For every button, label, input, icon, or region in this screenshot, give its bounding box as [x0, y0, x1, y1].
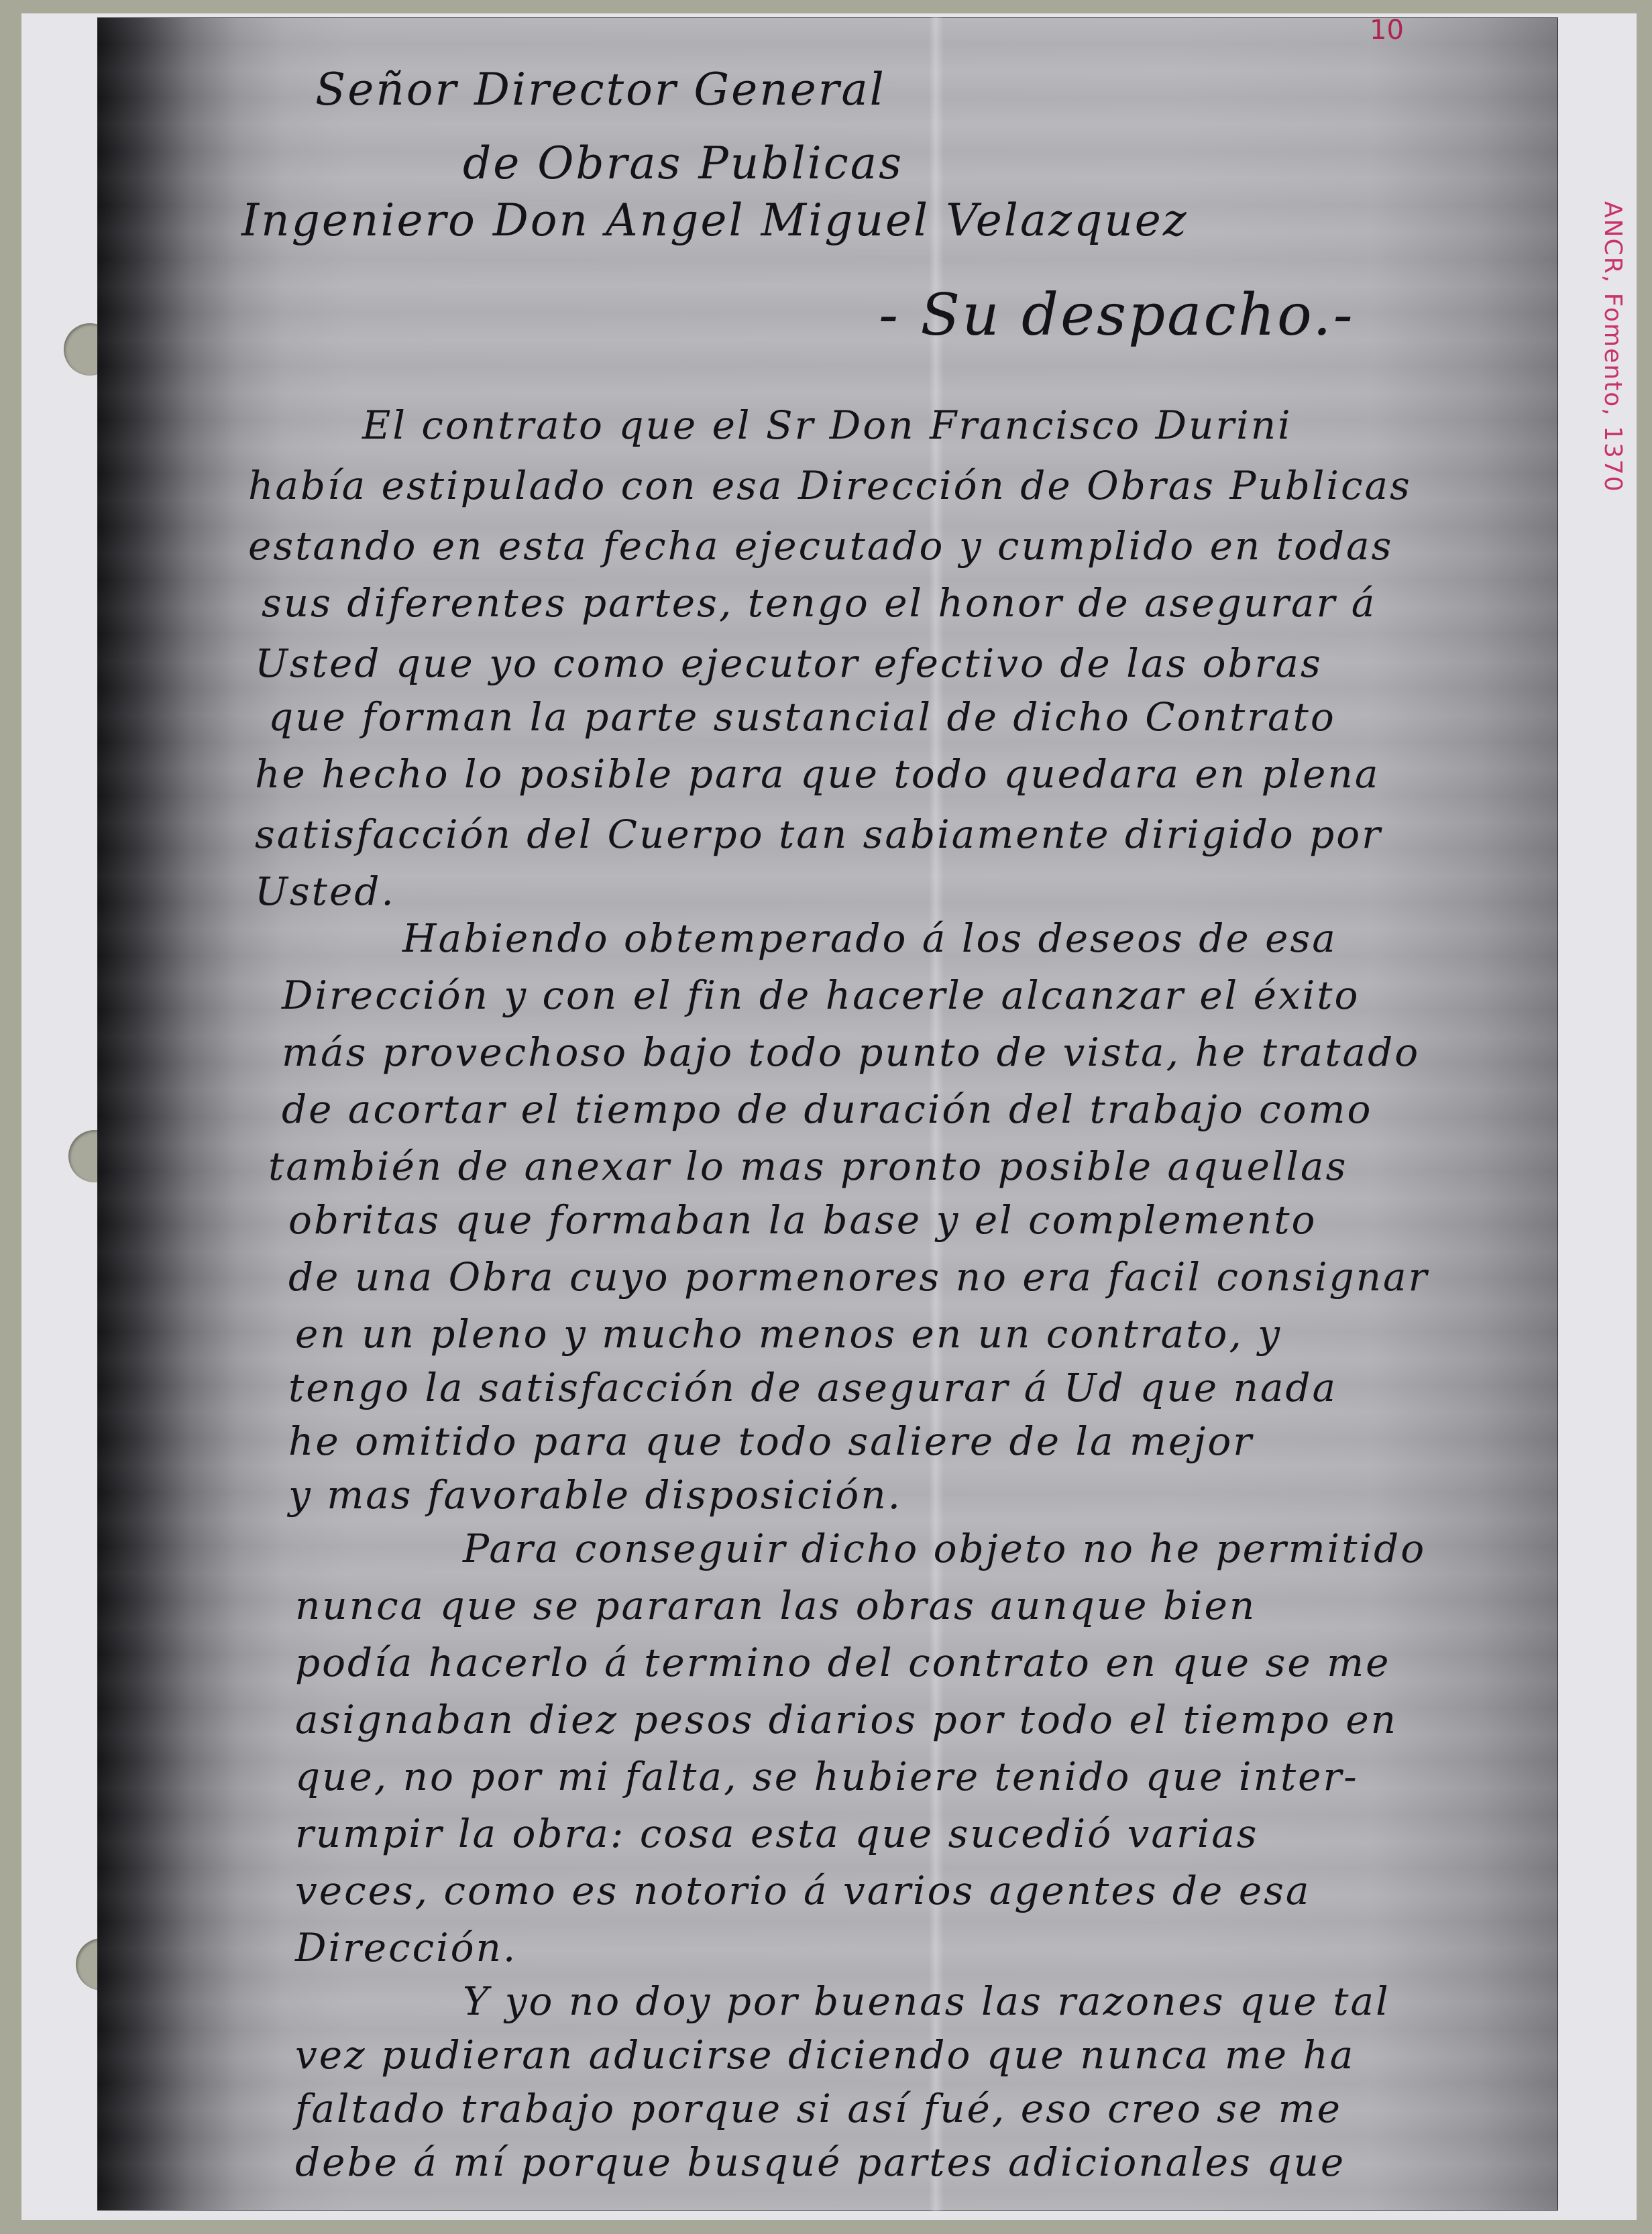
body-line: debe á mí porque busqué partes adicional…	[295, 2139, 1345, 2185]
body-line: de acortar el tiempo de duración del tra…	[282, 1086, 1372, 1132]
body-line: faltado trabajo porque si así fué, eso c…	[295, 2086, 1342, 2131]
body-line: que, no por mi falta, se hubiere tenido …	[295, 1754, 1359, 1799]
body-line: Dirección y con el fin de hacerle alcanz…	[282, 972, 1360, 1018]
address-line-2: de Obras Publicas	[463, 137, 903, 189]
archive-reference: ANCR, Fomento, 1370	[1599, 201, 1627, 493]
body-line: Usted que yo como ejecutor efectivo de l…	[255, 640, 1323, 686]
body-line: he hecho lo posible para que todo quedar…	[255, 751, 1380, 797]
body-line: estando en esta fecha ejecutado y cumpli…	[248, 523, 1393, 569]
body-line: El contrato que el Sr Don Francisco Duri…	[362, 402, 1292, 448]
folio-number: 10	[1370, 15, 1404, 46]
body-line: Dirección.	[295, 1925, 517, 1970]
body-line: Y yo no doy por buenas las razones que t…	[463, 1978, 1390, 2024]
body-line: Para conseguir dicho objeto no he permit…	[463, 1526, 1426, 1571]
body-line: asignaban diez pesos diarios por todo el…	[295, 1697, 1398, 1742]
address-line-1: Señor Director General	[315, 64, 886, 115]
body-line: y mas favorable disposición.	[288, 1472, 902, 1518]
body-line: en un pleno y mucho menos en un contrato…	[295, 1311, 1282, 1357]
body-line: tengo la satisfacción de asegurar á Ud q…	[288, 1365, 1337, 1410]
body-line: de una Obra cuyo pormenores no era facil…	[288, 1254, 1429, 1300]
body-line: había estipulado con esa Dirección de Ob…	[248, 463, 1412, 508]
body-line: Habiendo obtemperado á los deseos de esa	[402, 915, 1337, 961]
body-line: sus diferentes partes, tengo el honor de…	[262, 580, 1376, 626]
body-line: rumpir la obra: cosa esta que sucedió va…	[295, 1811, 1259, 1856]
body-line: más provechoso bajo todo punto de vista,…	[282, 1029, 1420, 1075]
address-line-4: - Su despacho.-	[879, 282, 1355, 349]
body-line: nunca que se pararan las obras aunque bi…	[295, 1583, 1256, 1628]
body-line: satisfacción del Cuerpo tan sabiamente d…	[255, 812, 1382, 857]
body-line: he omitido para que todo saliere de la m…	[288, 1418, 1254, 1464]
body-line: veces, como es notorio á varios agentes …	[295, 1868, 1311, 1913]
address-line-3: Ingeniero Don Angel Miguel Velazquez	[241, 194, 1189, 246]
body-line: vez pudieran aducirse diciendo que nunca…	[295, 2032, 1355, 2078]
body-line: que forman la parte sustancial de dicho …	[268, 694, 1336, 740]
body-line: Usted.	[255, 869, 396, 914]
body-line: podía hacerlo á termino del contrato en …	[295, 1640, 1390, 1685]
body-line: obritas que formaban la base y el comple…	[288, 1197, 1317, 1243]
body-line: también de anexar lo mas pronto posible …	[268, 1143, 1347, 1189]
